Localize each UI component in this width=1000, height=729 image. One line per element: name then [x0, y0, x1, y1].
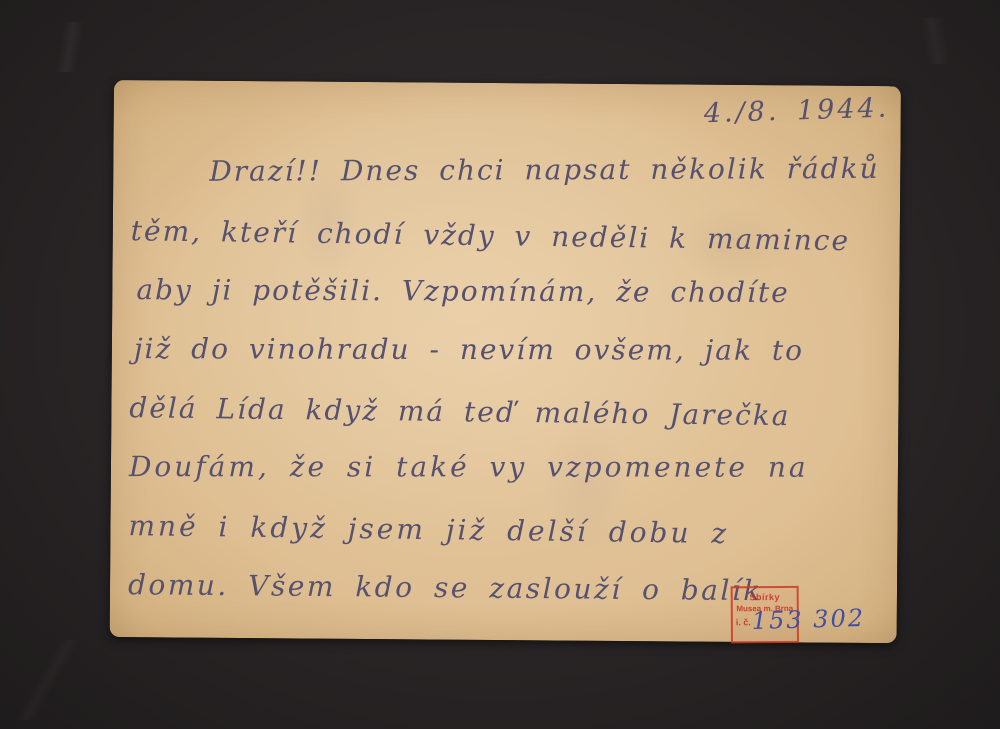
- handwriting-line: dělá Lída když má teď malého Jarečka: [129, 378, 893, 446]
- handwriting-line: již do vinohradu - nevím ovšem, jak to: [130, 319, 893, 380]
- postcard: 4./8. 1944. Drazí!! Dnes chci napsat něk…: [110, 80, 901, 643]
- background-scratch: [10, 22, 130, 72]
- stamp-inventory-number: 153 302: [751, 604, 865, 635]
- handwriting-line: aby ji potěšili. Vzpomínám, že chodíte: [130, 260, 893, 322]
- background-scratch: [880, 18, 990, 64]
- handwriting-line: mně i když jsem již delší dobu z: [128, 496, 892, 565]
- handwriting-line: Drazí!! Dnes chci napsat několik řádků: [131, 139, 894, 201]
- handwritten-text-block: Drazí!! Dnes chci napsat několik řádků t…: [128, 142, 895, 620]
- background-scratch: [0, 640, 90, 720]
- handwritten-date: 4./8. 1944.: [703, 93, 889, 130]
- photo-background: 4./8. 1944. Drazí!! Dnes chci napsat něk…: [0, 0, 1000, 729]
- stamp-text: Sbírky: [733, 592, 797, 602]
- handwriting-line: Doufám, že si také vy vzpomenete na: [129, 437, 892, 497]
